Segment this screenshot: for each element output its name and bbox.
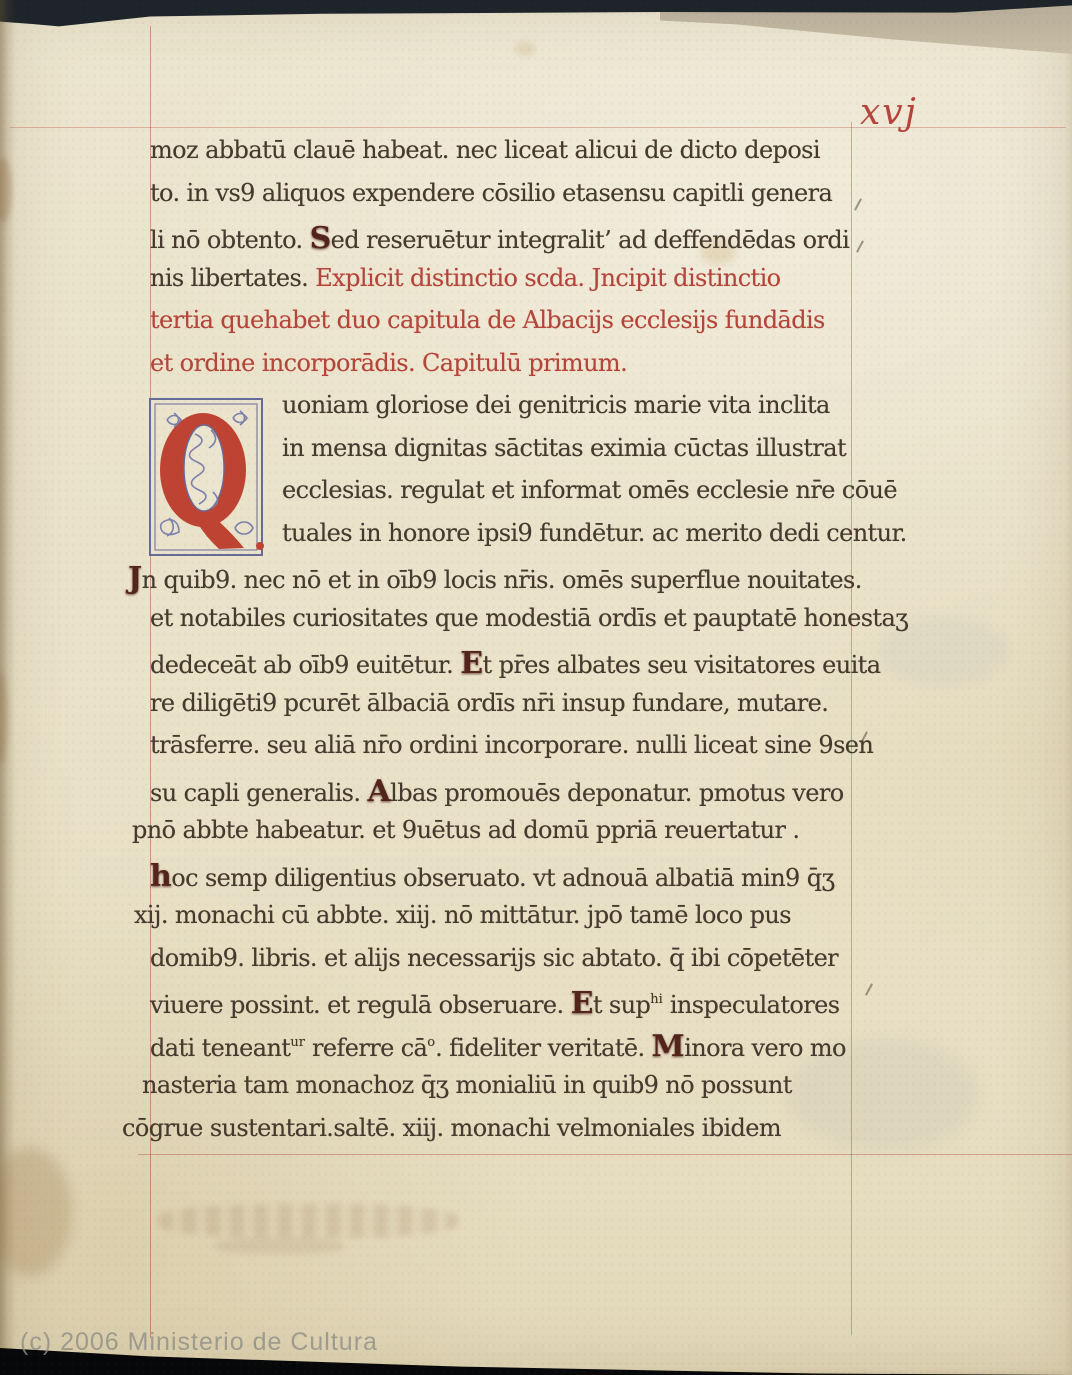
text-line: uoniam gloriose dei genitricis marie vit… (282, 391, 830, 419)
text-line: Jn quib9. nec nō et in oīb9 locis nr̄is.… (128, 561, 862, 596)
page-left-edge (0, 0, 16, 1375)
text-line: re diligēti9 pcurēt ālbaciā ordīs nr̄i i… (150, 689, 828, 717)
text-line: xij. monachi cū abbte. xiij. nō mittātur… (134, 901, 791, 929)
pen-trial-mark (854, 198, 862, 210)
manuscript-page-photo: xvj Q moz abbatū clauē habeat. nec licea… (0, 0, 1072, 1375)
text-line: et ordine incorporādis. Capitulū primum. (150, 349, 627, 377)
text-line: cōgrue sustentari.saltē. xiij. monachi v… (122, 1114, 781, 1142)
text-line: hoc semp diligentius obseruato. vt adnou… (150, 859, 834, 894)
text-line: su capli generalis. Albas promouēs depon… (150, 774, 844, 809)
text-line: to. in vs9 aliquos expendere cōsilio eta… (150, 179, 832, 207)
text-line: li nō obtento. Sed reseruētur integralit… (150, 221, 849, 256)
pen-trial-mark (856, 240, 864, 252)
text-line: moz abbatū clauē habeat. nec liceat alic… (150, 136, 820, 164)
text-line: viuere possint. et regulā obseruare. Et … (150, 986, 839, 1021)
text-line: trāsferre. seu aliā nr̄o ordini incorpor… (150, 731, 873, 759)
text-line: nasteria tam monachoz q̄ʒ monialiū in qu… (142, 1071, 792, 1099)
text-line: tertia quehabet duo capitula de Albacijs… (150, 306, 825, 334)
text-line: in mensa dignitas sāctitas eximia cūctas… (282, 434, 846, 462)
pen-trial-mark (865, 983, 873, 995)
text-line: dedeceāt ab oīb9 euitētur. Et pr̄es alba… (150, 646, 880, 681)
text-block: moz abbatū clauē habeat. nec liceat alic… (150, 0, 852, 1375)
text-line: dati teneantur referre cāo. fideliter ve… (150, 1029, 846, 1064)
copyright-watermark: (c) 2006 Ministerio de Cultura (20, 1328, 378, 1357)
text-line: nis libertates. Explicit distinctio scda… (150, 264, 781, 292)
folio-number: xvj (860, 92, 918, 133)
text-line: ecclesias. regulat et informat omēs eccl… (282, 476, 897, 504)
text-line: pnō abbte habeatur. et 9uētus ad domū pp… (132, 816, 799, 844)
text-line: et notabiles curiositates que modestiā o… (150, 604, 908, 632)
text-line: tuales in honore ipsi9 fundētur. ac meri… (282, 519, 907, 547)
text-line: domib9. libris. et alijs necessarijs sic… (150, 944, 838, 972)
